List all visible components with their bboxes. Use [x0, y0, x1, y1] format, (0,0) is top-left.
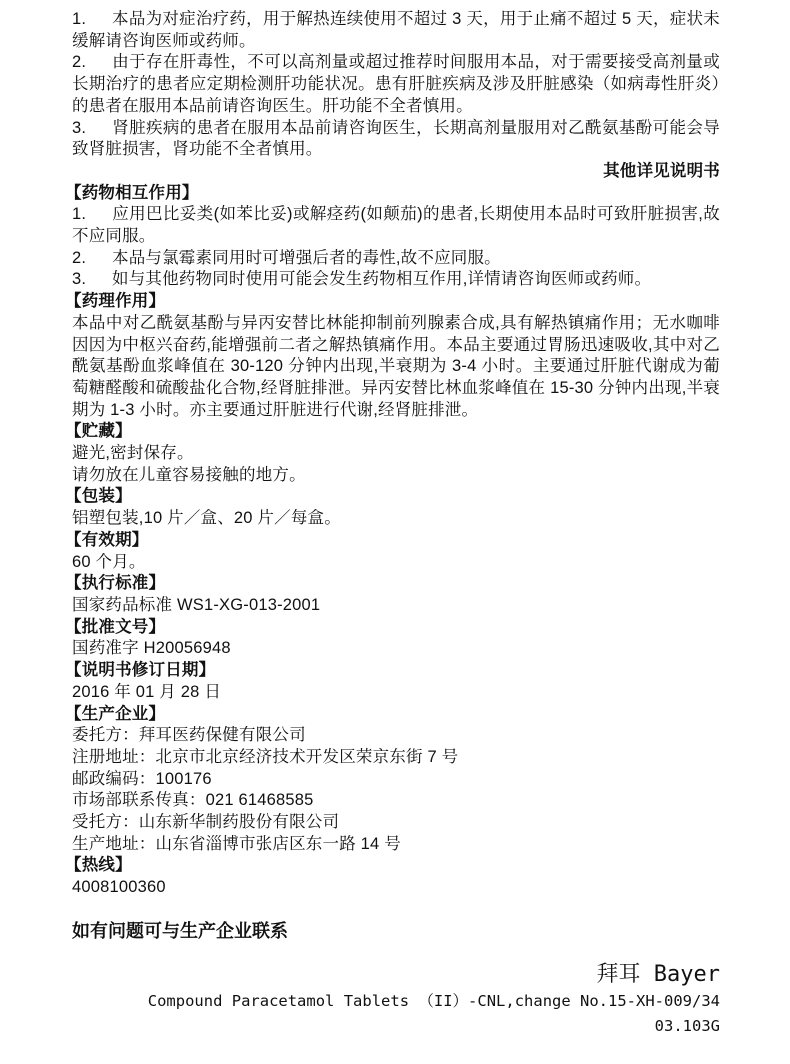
item-number: 2.: [72, 248, 112, 270]
item-number: 1.: [72, 9, 112, 31]
numbered-item: 3.肾脏疾病的患者在服用本品前请咨询医生，长期高剂量服用对乙酰氨基酚可能会导致肾…: [72, 118, 720, 161]
paragraph: 4008100360: [72, 877, 720, 899]
section-heading: 【说明书修订日期】: [65, 660, 720, 682]
paragraph: 避光,密封保存。: [72, 443, 720, 465]
numbered-item: 1.应用巴比妥类(如苯比妥)或解痉药(如颠茄)的患者,长期使用本品时可致肝脏损害…: [72, 204, 720, 247]
item-text: 应用巴比妥类(如苯比妥)或解痉药(如颠茄)的患者,长期使用本品时可致肝脏损害,故…: [72, 205, 720, 245]
paragraph: 60 个月。: [72, 552, 720, 574]
item-number: 1.: [72, 204, 112, 226]
paragraph: 市场部联系传真：021 61468585: [72, 790, 720, 812]
paragraph: 铝塑包装,10 片／盒、20 片／每盒。: [72, 508, 720, 530]
paragraph: 委托方：拜耳医药保健有限公司: [72, 725, 720, 747]
paragraph: 生产地址：山东省淄博市张店区东一路 14 号: [72, 834, 720, 856]
paragraph: 请勿放在儿童容易接触的地方。: [72, 465, 720, 487]
paragraph: 本品中对乙酰氨基酚与异丙安替比林能抑制前列腺素合成,具有解热镇痛作用；无水咖啡因…: [72, 313, 720, 422]
doc-code: 03.103G: [72, 1014, 720, 1039]
paragraph: 受托方：山东新华制药股份有限公司: [72, 812, 720, 834]
section-heading: 【药理作用】: [65, 291, 720, 313]
numbered-item: 2.本品与氯霉素同用时可增强后者的毒性,故不应同服。: [72, 248, 720, 270]
numbered-item: 1.本品为对症治疗药，用于解热连续使用不超过 3 天，用于止痛不超过 5 天，症…: [72, 9, 720, 52]
item-number: 3.: [72, 118, 112, 140]
other-details-note: 其他详见说明书: [72, 161, 720, 183]
section-heading: 【贮藏】: [65, 421, 720, 443]
item-text: 本品为对症治疗药，用于解热连续使用不超过 3 天，用于止痛不超过 5 天，症状未…: [72, 10, 720, 50]
item-text: 本品与氯霉素同用时可增强后者的毒性,故不应同服。: [112, 249, 501, 267]
section-heading: 【药物相互作用】: [65, 183, 720, 205]
numbered-item: 2.由于存在肝毒性，不可以高剂量或超过推荐时间服用本品，对于需要接受高剂量或长期…: [72, 52, 720, 117]
section-heading: 【有效期】: [65, 530, 720, 552]
paragraph: 2016 年 01 月 28 日: [72, 682, 720, 704]
document-footer: 如有问题可与生产企业联系 拜耳 Bayer Compound Paracetam…: [72, 919, 720, 1039]
paragraph: 邮政编码：100176: [72, 769, 720, 791]
paragraph: 国家药品标准 WS1-XG-013-2001: [72, 595, 720, 617]
doc-reference: Compound Paracetamol Tablets （II）-CNL,ch…: [72, 989, 720, 1014]
item-text: 肾脏疾病的患者在服用本品前请咨询医生，长期高剂量服用对乙酰氨基酚可能会导致肾脏损…: [72, 119, 720, 159]
section-heading: 【批准文号】: [65, 617, 720, 639]
item-number: 2.: [72, 52, 112, 74]
item-text: 由于存在肝毒性，不可以高剂量或超过推荐时间服用本品，对于需要接受高剂量或长期治疗…: [72, 53, 720, 114]
document-body: 1.本品为对症治疗药，用于解热连续使用不超过 3 天，用于止痛不超过 5 天，症…: [72, 9, 720, 899]
paragraph: 注册地址：北京市北京经济技术开发区荣京东街 7 号: [72, 747, 720, 769]
section-heading: 【生产企业】: [65, 704, 720, 726]
section-heading: 【执行标准】: [65, 573, 720, 595]
item-text: 如与其他药物同时使用可能会发生药物相互作用,详情请咨询医师或药师。: [112, 270, 651, 288]
numbered-item: 3.如与其他药物同时使用可能会发生药物相互作用,详情请咨询医师或药师。: [72, 269, 720, 291]
leaflet-page: 1.本品为对症治疗药，用于解热连续使用不超过 3 天，用于止痛不超过 5 天，症…: [0, 0, 790, 1064]
contact-note: 如有问题可与生产企业联系: [72, 919, 720, 943]
paragraph: 国药准字 H20056948: [72, 638, 720, 660]
section-heading: 【包装】: [65, 486, 720, 508]
section-heading: 【热线】: [65, 855, 720, 877]
brand-signature: 拜耳 Bayer: [72, 961, 720, 989]
item-number: 3.: [72, 269, 112, 291]
